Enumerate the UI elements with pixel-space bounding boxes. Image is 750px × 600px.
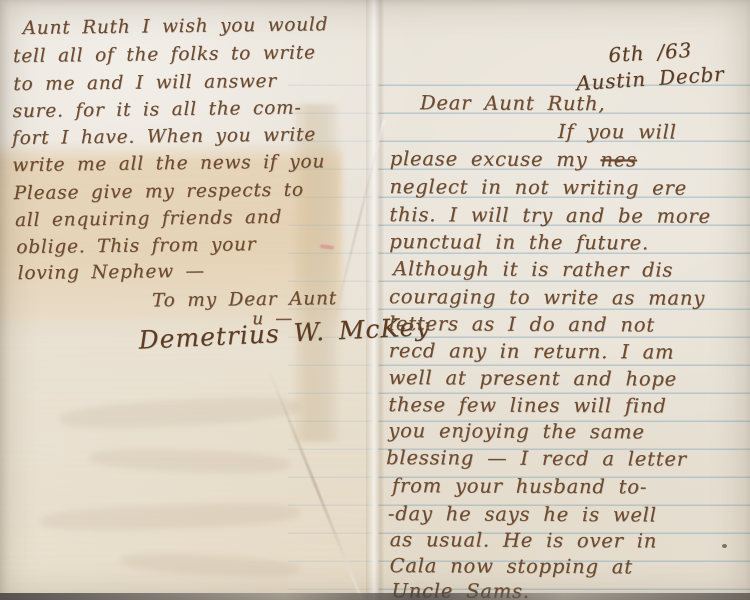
letter-line: tell all of the folks to write: [13, 42, 316, 67]
letter-line: blessing — I recd a letter: [386, 446, 687, 471]
letter-line: as usual. He is over in: [390, 528, 658, 552]
letter-line: neglect in not writing ere: [390, 175, 688, 200]
letter-line: recd any in return. I am: [389, 339, 675, 363]
letter-line: Aunt Ruth I wish you would: [23, 14, 329, 39]
letter-page-right: 6th /63 Austin Decbr Dear Aunt Ruth, If …: [373, 0, 750, 600]
letter-line: punctual in the future.: [389, 230, 649, 254]
struck-word: nes: [600, 148, 637, 171]
letter-scan: Aunt Ruth I wish you would tell all of t…: [0, 0, 750, 600]
letter-line: Although it is rather dis: [393, 257, 673, 281]
letter-line: write me all the news if you: [12, 151, 325, 176]
letter-line: Cala now stopping at: [390, 554, 633, 578]
letter-line: please excuse my nes: [390, 147, 637, 171]
scan-bottom-edge: [0, 593, 750, 600]
letter-date-place: Austin Decbr: [576, 62, 726, 96]
letter-line: loving Nephew —: [18, 261, 205, 284]
letter-line: these few lines will find: [388, 393, 666, 417]
letter-line: couraging to write as many: [389, 285, 705, 310]
letter-page-left: Aunt Ruth I wish you would tell all of t…: [0, 0, 379, 600]
letter-line: fort I have. When you write: [12, 124, 316, 149]
struck-prefix: please excuse my: [390, 147, 588, 171]
letter-line: If you will: [558, 120, 677, 144]
letter-closing: To my Dear Aunt: [152, 288, 337, 311]
letter-line: this. I will try and be more: [389, 203, 711, 228]
letter-line: you enjoying the same: [388, 419, 645, 443]
letter-line: oblige. This from your: [16, 234, 256, 258]
salutation: Dear Aunt Ruth,: [420, 91, 606, 115]
letter-line: letters as I do and not: [389, 312, 655, 336]
letter-line: from your husband to-: [392, 474, 647, 498]
letter-date-day: 6th /63: [608, 38, 693, 67]
letter-line: well at present and hope: [389, 366, 678, 391]
letter-line: to me and I will answer: [13, 71, 277, 95]
letter-line: sure. for it is all the com-: [13, 98, 302, 123]
letter-line: -day he says he is well: [388, 502, 657, 526]
letter-line: all enquiring friends and: [15, 207, 282, 231]
letter-line: Please give my respects to: [14, 180, 304, 205]
